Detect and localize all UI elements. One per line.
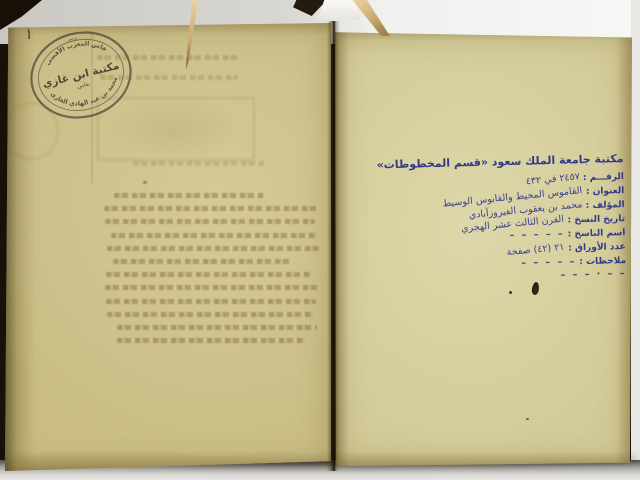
bleedthrough-line bbox=[133, 161, 265, 166]
ornament-bleedthrough bbox=[97, 97, 255, 161]
bleedthrough-line bbox=[104, 206, 319, 211]
gutter-stitch-line bbox=[333, 21, 335, 471]
bleedthrough-line bbox=[114, 193, 264, 198]
catalog-field-label: المؤلف : bbox=[586, 199, 625, 213]
bleedthrough-line bbox=[117, 338, 305, 343]
ink-dot bbox=[143, 181, 147, 184]
text-bleedthrough-block bbox=[101, 193, 319, 351]
bleedthrough-line bbox=[106, 299, 316, 304]
catalog-field-label: ملاحظات : bbox=[579, 255, 626, 269]
bleedthrough-line bbox=[111, 233, 317, 238]
photo-open-manuscript: ١ ١٣٢٥ فاس المغرب الأقصى مكتبة ابن غازي … bbox=[0, 0, 640, 480]
bleedthrough-line bbox=[106, 272, 311, 277]
bleedthrough-line bbox=[117, 325, 317, 330]
book-gutter bbox=[327, 21, 340, 471]
bleedthrough-line bbox=[97, 55, 237, 60]
bleedthrough-line bbox=[100, 75, 238, 80]
ink-speck bbox=[509, 291, 512, 294]
ink-speck bbox=[526, 418, 529, 420]
library-catalog-stamp: مكتبة جامعة الملك سعود «قسم المخطوطات» ا… bbox=[395, 152, 626, 286]
catalog-stamp-header: مكتبة جامعة الملك سعود «قسم المخطوطات» bbox=[395, 152, 623, 171]
catalog-field-value: – – – – – bbox=[510, 228, 565, 242]
bleedthrough-line bbox=[107, 246, 319, 251]
manuscript-right-page: مكتبة جامعة الملك سعود «قسم المخطوطات» ا… bbox=[335, 31, 632, 467]
bleedthrough-line bbox=[105, 285, 319, 290]
catalog-stamp-fields: الرقـــم :٢٤٥٧ في ٤٣٢العنوان :القاموس ال… bbox=[396, 170, 626, 274]
bleedthrough-line bbox=[105, 219, 315, 224]
bleedthrough-line bbox=[107, 312, 313, 317]
manuscript-left-page: ١ ١٣٢٥ فاس المغرب الأقصى مكتبة ابن غازي … bbox=[5, 23, 331, 471]
catalog-field-label: العنوان : bbox=[586, 185, 625, 199]
ink-spot bbox=[531, 282, 540, 296]
background-surface-right bbox=[631, 0, 640, 480]
catalog-field-value: – – – – – bbox=[521, 255, 576, 269]
stamp-bleedthrough-circle bbox=[3, 102, 59, 160]
stamp-center-small-text: بفاس bbox=[77, 81, 91, 90]
page-crease bbox=[91, 31, 93, 183]
bleedthrough-line bbox=[113, 259, 291, 264]
catalog-field-label: الرقـــم : bbox=[583, 171, 624, 185]
